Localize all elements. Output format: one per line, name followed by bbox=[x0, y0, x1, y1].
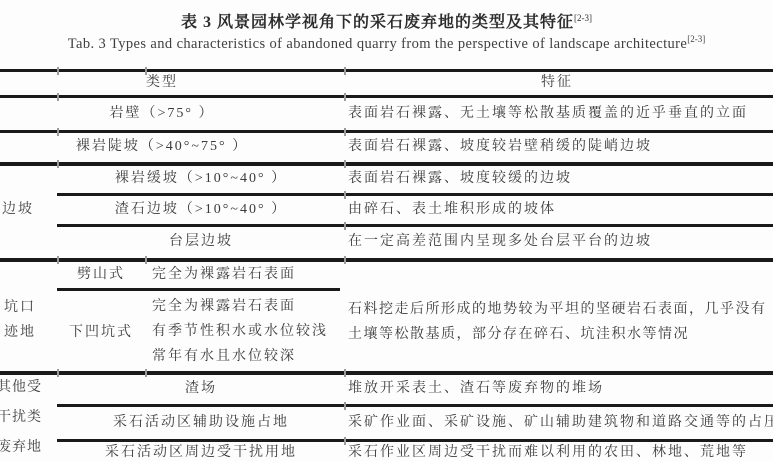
cell-feature-rock-wall: 表面岩石裸露、无土壤等松散基质覆盖的近乎垂直的立面 bbox=[348, 98, 772, 130]
citation-superscript-zh: [2-3] bbox=[574, 13, 592, 23]
cell-type-debris-slope: 渣石边坡（>10°~40° ） bbox=[57, 196, 345, 224]
cell-desc-sunken-pit-3: 常年有水且水位较深 bbox=[152, 345, 342, 369]
cell-feature-bare-gentle-slope: 表面岩石裸露、坡度较缓的边坡 bbox=[348, 166, 772, 193]
cell-feature-surrounding-disturbed-land: 采石作业区周边受干扰而难以利用的农田、林地、荒地等 bbox=[348, 442, 772, 461]
cell-desc-sunken-pit-2: 有季节性积水或水位较浅 bbox=[152, 320, 342, 344]
cell-feature-debris-slope: 由碎石、表土堆积形成的坡体 bbox=[348, 196, 772, 224]
header-type: 类型 bbox=[0, 72, 324, 95]
cell-type-bare-gentle-slope: 裸岩缓坡（>10°~40° ） bbox=[57, 166, 345, 193]
header-feature: 特征 bbox=[345, 72, 769, 95]
cell-desc-split-mountain: 完全为裸露岩石表面 bbox=[152, 262, 342, 288]
cell-type-bare-steep-slope: 裸岩陡坡（>40°~75° ） bbox=[0, 133, 324, 162]
cell-feature-pit-group: 石料挖走后所形成的地势较为平坦的坚硬岩石表面，几乎没有土壤等松散基质，部分存在碎… bbox=[348, 297, 768, 347]
table-title-en: Tab. 3 Types and characteristics of aban… bbox=[0, 36, 773, 53]
cell-type-slag-yard: 渣场 bbox=[57, 375, 345, 404]
category-label-other-line1: 其他受 bbox=[0, 376, 43, 400]
cell-type-rock-wall: 岩壁（>75° ） bbox=[0, 98, 324, 130]
cell-subtype-split-mountain: 劈山式 bbox=[57, 262, 145, 288]
category-label-other-line3: 废弃地 bbox=[0, 436, 43, 460]
column-tick bbox=[344, 128, 346, 136]
citation-superscript-en: [2-3] bbox=[687, 34, 705, 44]
cell-feature-bare-steep-slope: 表面岩石裸露、坡度较岩壁稍缓的陡峭边坡 bbox=[348, 133, 772, 162]
table-title-en-text: Tab. 3 Types and characteristics of aban… bbox=[68, 36, 687, 52]
category-label-slope: 边坡 bbox=[2, 196, 42, 224]
cell-desc-sunken-pit-1: 完全为裸露岩石表面 bbox=[152, 295, 342, 319]
cell-feature-slag-yard: 堆放开采表土、渣石等废弃物的堆场 bbox=[348, 375, 772, 404]
category-label-pit-line1: 坑口 bbox=[4, 296, 44, 320]
cell-type-surrounding-disturbed-land: 采石活动区周边受干扰用地 bbox=[57, 442, 345, 461]
category-label-pit-line2: 迹地 bbox=[4, 321, 44, 345]
category-label-other-line2: 干扰类 bbox=[0, 406, 43, 430]
cell-subtype-sunken-pit: 下凹坑式 bbox=[57, 320, 145, 346]
cell-feature-auxiliary-facilities: 采矿作业面、采矿设施、矿山辅助建筑物和道路交通等的占压区 bbox=[348, 407, 772, 439]
cell-type-auxiliary-facilities: 采石活动区辅助设施占地 bbox=[57, 407, 345, 439]
scanned-paper-table-page: 表 3 风景园林学视角下的采石废弃地的类型及其特征[2-3] Tab. 3 Ty… bbox=[0, 0, 773, 461]
cell-feature-terraced-slope: 在一定高差范围内呈现多处台层平台的边坡 bbox=[348, 227, 772, 258]
subrow-divider-partial bbox=[57, 288, 340, 291]
cell-type-terraced-slope: 台层边坡 bbox=[57, 227, 345, 258]
table-title-zh-text: 表 3 风景园林学视角下的采石废弃地的类型及其特征 bbox=[181, 14, 574, 31]
table-title-zh: 表 3 风景园林学视角下的采石废弃地的类型及其特征[2-3] bbox=[0, 9, 773, 32]
